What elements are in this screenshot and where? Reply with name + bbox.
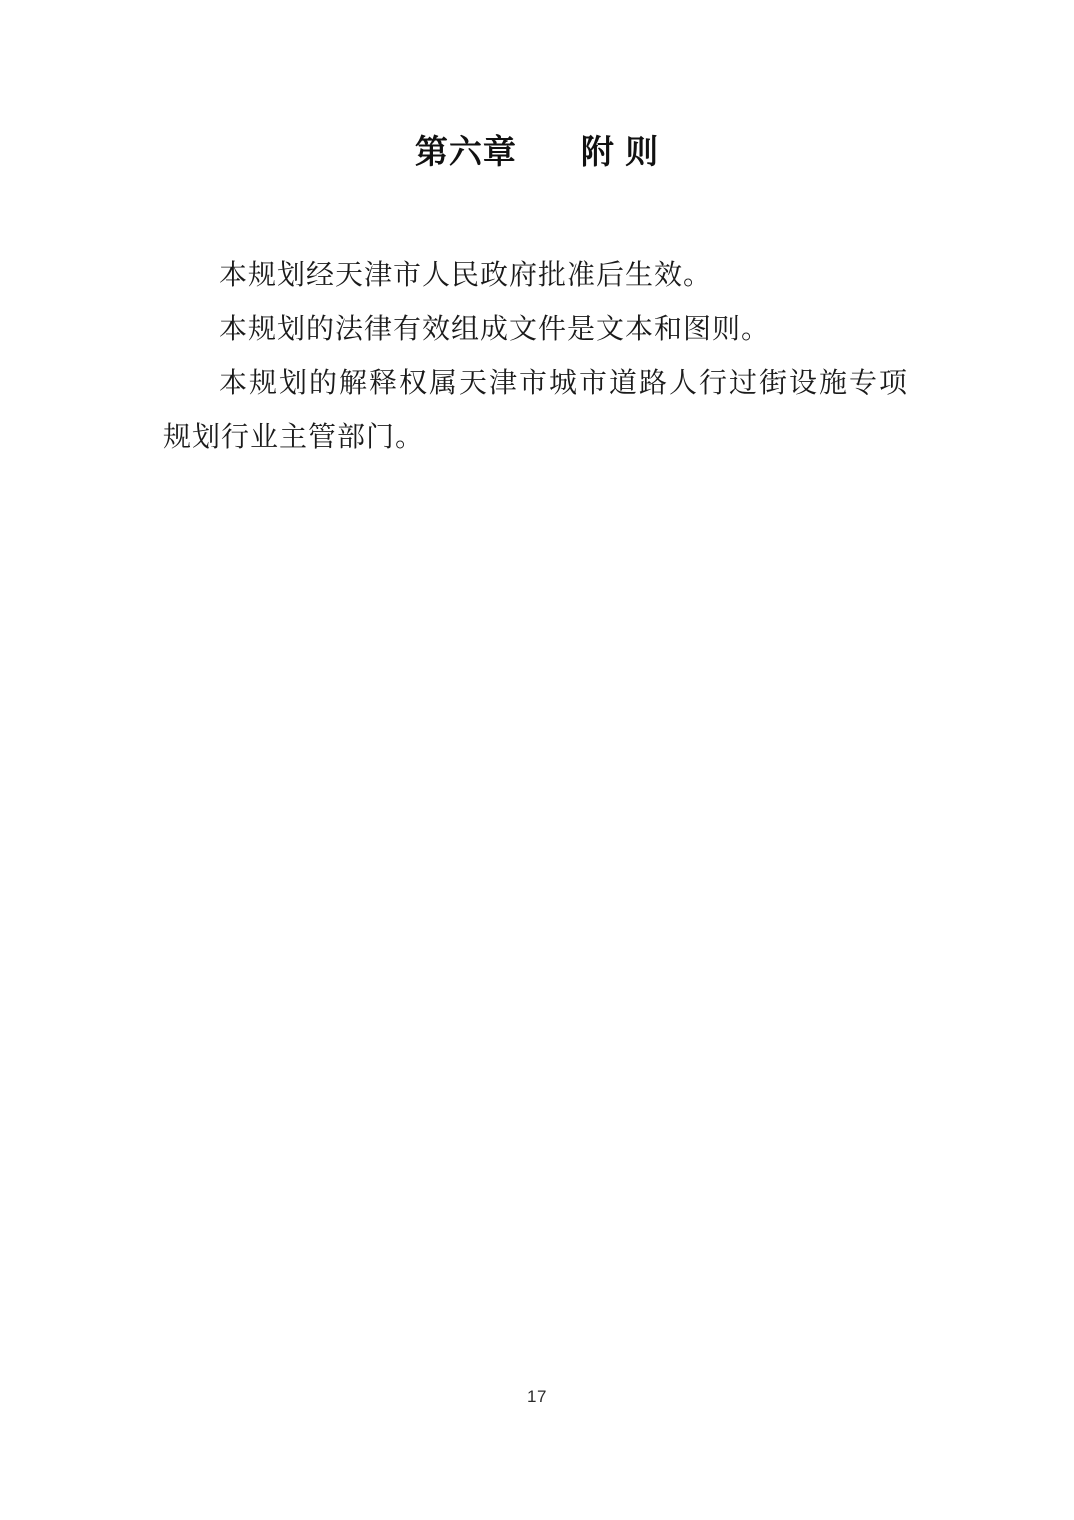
chapter-title: 附 则	[581, 128, 659, 176]
paragraph-effective-clause: 本规划经天津市人民政府批准后生效。	[163, 249, 908, 303]
paragraph-legal-documents-clause: 本规划的法律有效组成文件是文本和图则。	[163, 303, 908, 357]
document-body: 本规划经天津市人民政府批准后生效。 本规划的法律有效组成文件是文本和图则。 本规…	[163, 249, 908, 465]
chapter-heading: 第六章 附 则	[0, 128, 1074, 176]
page-number: 17	[0, 1386, 1074, 1408]
document-page: 第六章 附 则 本规划经天津市人民政府批准后生效。 本规划的法律有效组成文件是文…	[0, 0, 1074, 1520]
paragraph-interpretation-clause: 本规划的解释权属天津市城市道路人行过街设施专项规划行业主管部门。	[163, 357, 908, 465]
chapter-number: 第六章	[415, 128, 517, 176]
